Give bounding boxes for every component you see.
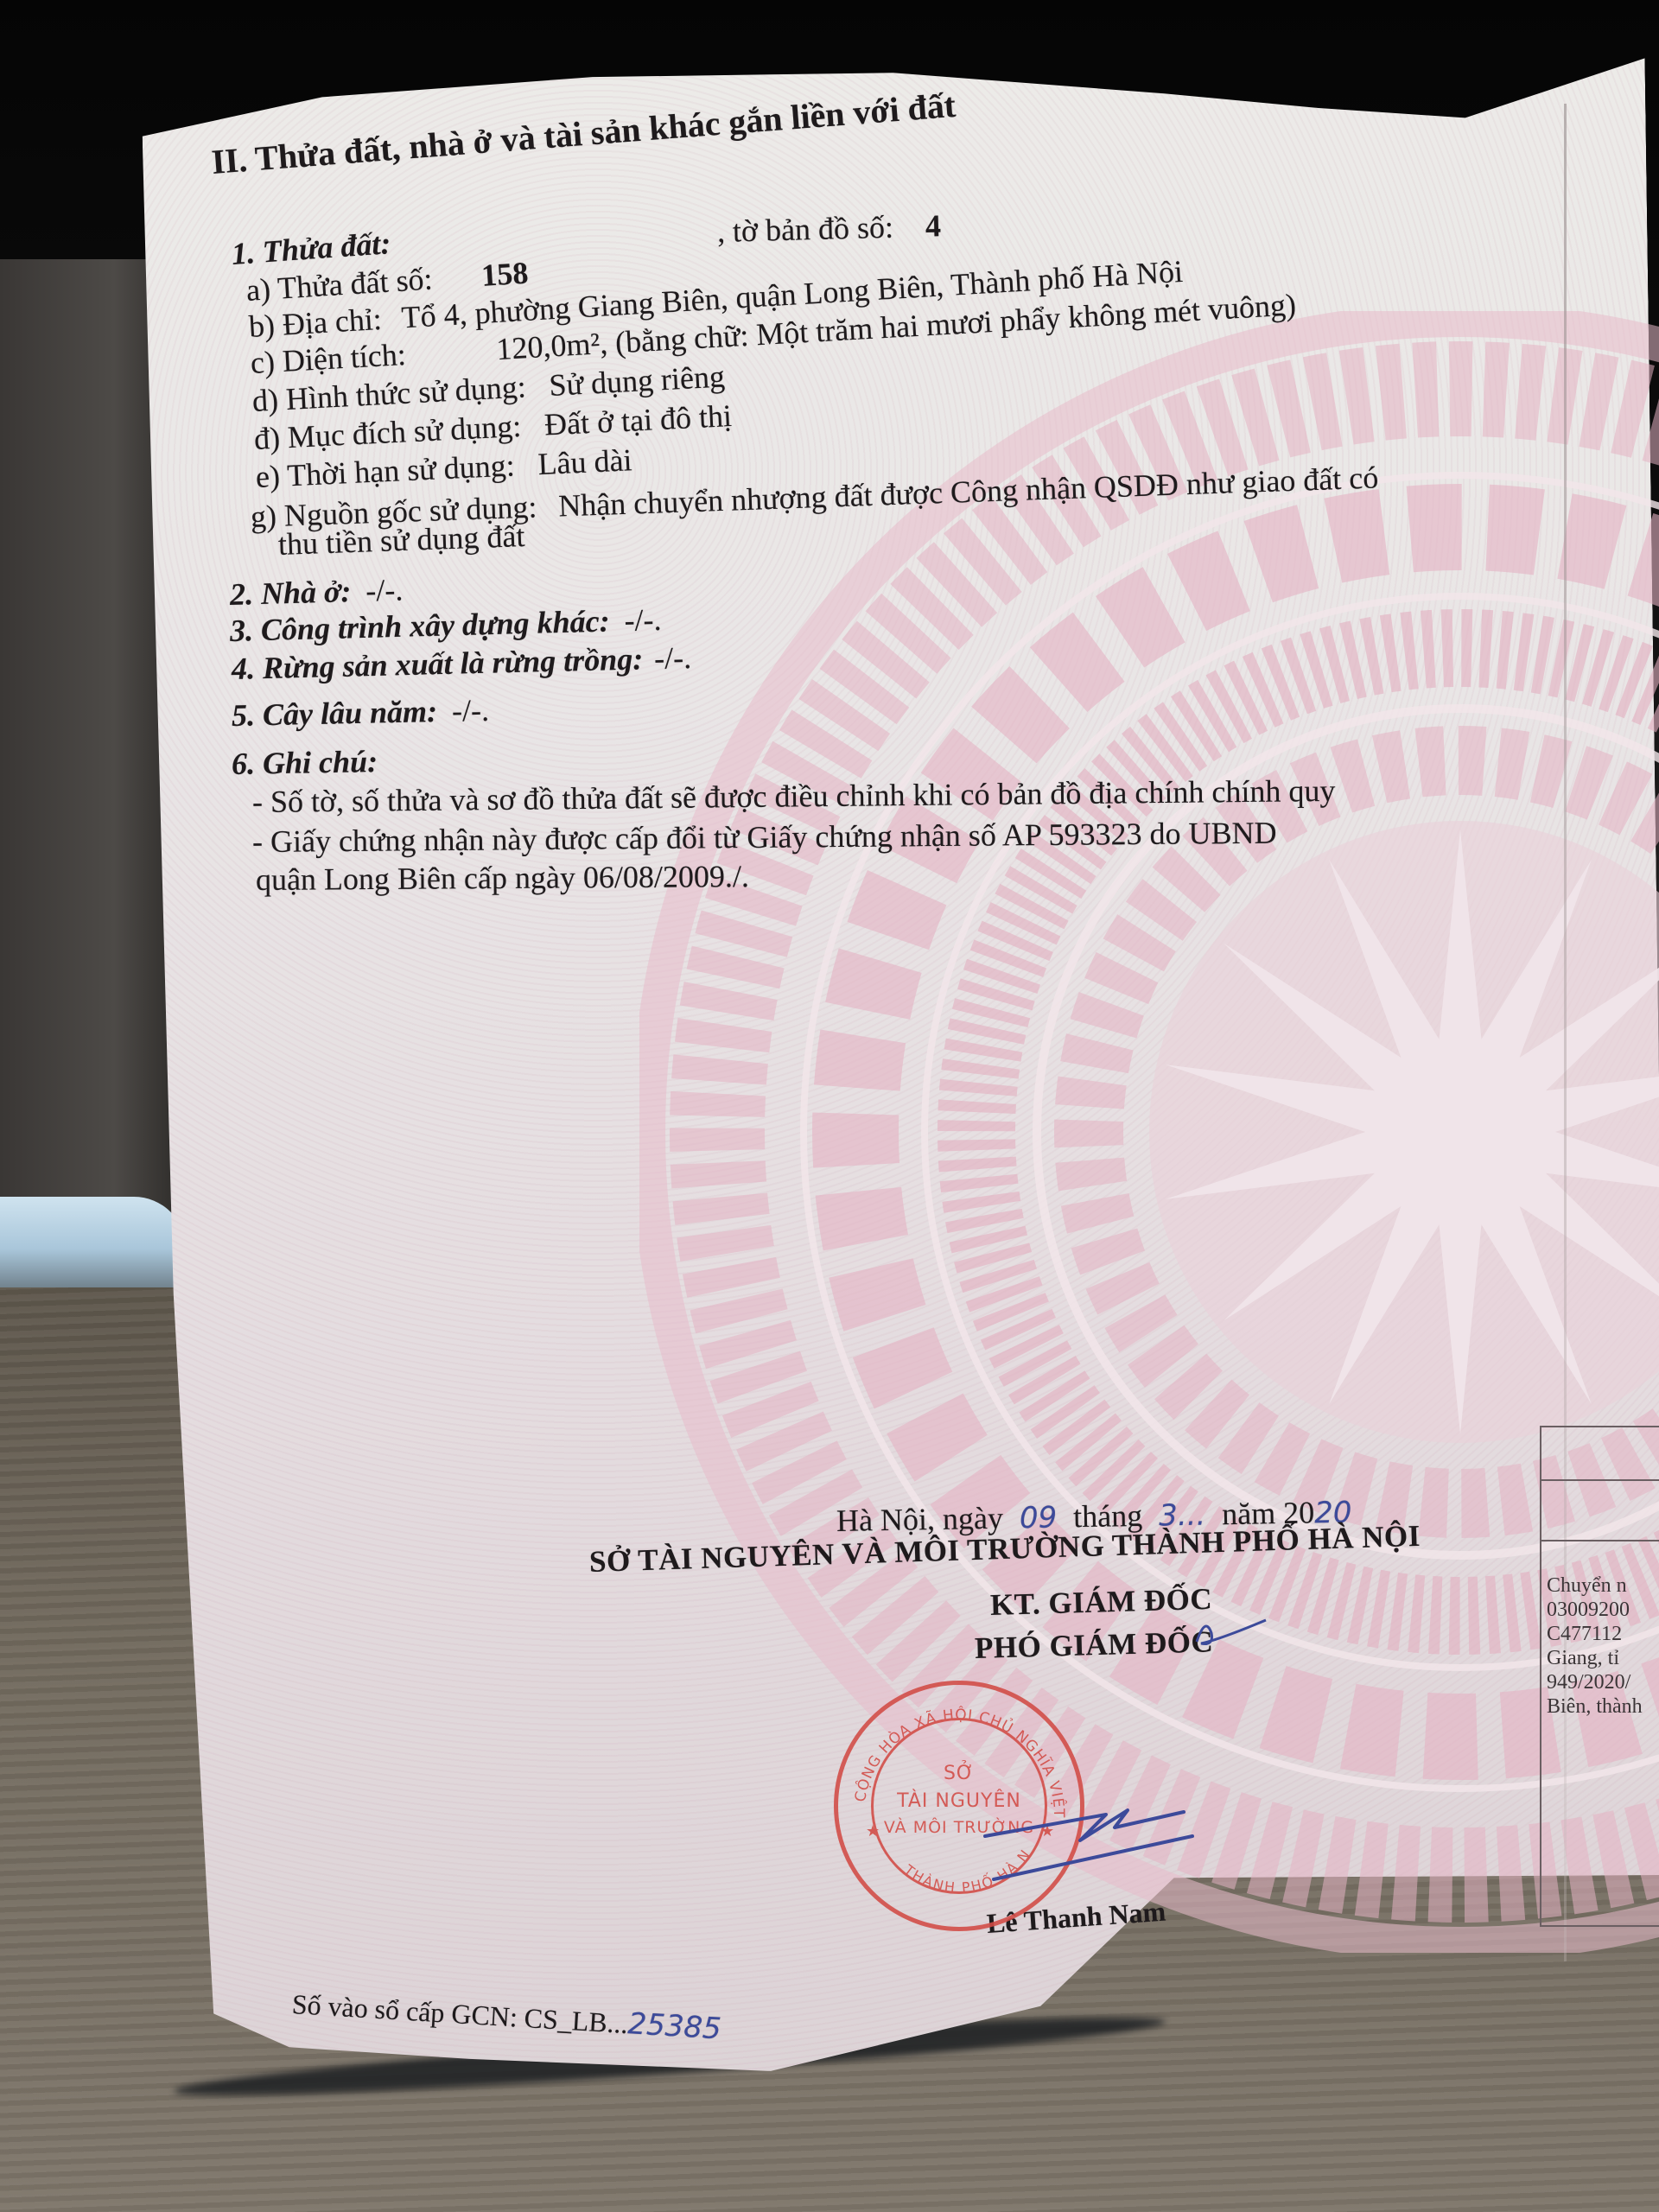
side-panel-line: C477112: [1547, 1623, 1622, 1646]
section-title: II. Thửa đất, nhà ở và tài sản khác gắn …: [210, 88, 957, 180]
side-panel-line: Chuyển n: [1547, 1574, 1627, 1598]
item-planted-forest: 4. Rừng sản xuất là rừng trồng: -/-.: [232, 642, 692, 684]
term-value: Lâu dài: [537, 442, 633, 481]
registry-code-prefix: CS_LB...: [524, 2002, 629, 2039]
usage-form-value: Sử dụng riêng: [548, 359, 725, 403]
item-other-construction: 3. Công trình xây dựng khác: -/-.: [230, 604, 662, 646]
registry-label: Số vào sổ cấp GCN:: [291, 1988, 518, 2032]
item-value: -/-.: [624, 602, 662, 638]
note-line: quận Long Biên cấp ngày 06/08/2009./.: [256, 861, 749, 895]
registry-code-handwritten: 25385: [626, 2006, 721, 2046]
parcel-number-value: 158: [480, 256, 529, 293]
item-label: 5. Cây lâu năm:: [232, 694, 438, 733]
origin-value-continued: thu tiền sử dụng đất: [277, 520, 525, 560]
deputy-director-title: PHÓ GIÁM ĐỐC: [975, 1626, 1214, 1663]
item-value: -/-.: [365, 572, 404, 607]
origin-value: Nhận chuyển nhượng đất được Công nhận QS…: [558, 460, 1379, 523]
map-sheet-label: , tờ bản đồ số:: [716, 210, 893, 249]
note-line: - Số tờ, số thửa và sơ đồ thửa đất sẽ đư…: [252, 775, 1336, 817]
side-panel-line: 949/2020/: [1547, 1671, 1630, 1694]
item-label: 3. Công trình xây dựng khác:: [229, 603, 610, 647]
item-label: 4. Rừng sản xuất là rừng trồng:: [232, 641, 644, 686]
initial-mark: [1192, 1607, 1270, 1659]
item-value: -/-.: [654, 640, 692, 676]
item-value: -/-.: [452, 693, 490, 728]
purpose-value: Đất ở tại đô thị: [543, 398, 733, 442]
item-label: 2. Nhà ở:: [229, 574, 351, 612]
notes-heading: 6. Ghi chú:: [232, 746, 378, 779]
area-label: c) Diện tích:: [250, 337, 407, 380]
side-registration-panel: Chuyển n 03009200 C477112 Giang, tỉ 949/…: [1540, 1426, 1659, 1927]
address-label: b) Địa chỉ:: [248, 302, 383, 344]
note-line: - Giấy chứng nhận này được cấp đổi từ Gi…: [252, 817, 1277, 857]
item-perennial-trees: 5. Cây lâu năm: -/-.: [232, 695, 490, 731]
side-panel-line: Giang, tỉ: [1547, 1647, 1619, 1670]
map-sheet-value: 4: [925, 208, 941, 243]
map-sheet-row: , tờ bản đồ số: 4: [717, 210, 942, 247]
on-behalf-title: KT. GIÁM ĐỐC: [990, 1584, 1213, 1620]
side-panel-line: Biên, thành: [1547, 1695, 1643, 1719]
land-parcel-heading: 1. Thửa đất:: [231, 227, 392, 270]
term-label: e) Thời hạn sử dụng:: [255, 448, 515, 494]
item-house: 2. Nhà ở: -/-.: [229, 574, 403, 610]
registry-number: Số vào sổ cấp GCN: CS_LB...25385: [291, 1989, 722, 2044]
handwritten-signature: [976, 1776, 1236, 1897]
side-panel-line: 03009200: [1547, 1599, 1630, 1622]
